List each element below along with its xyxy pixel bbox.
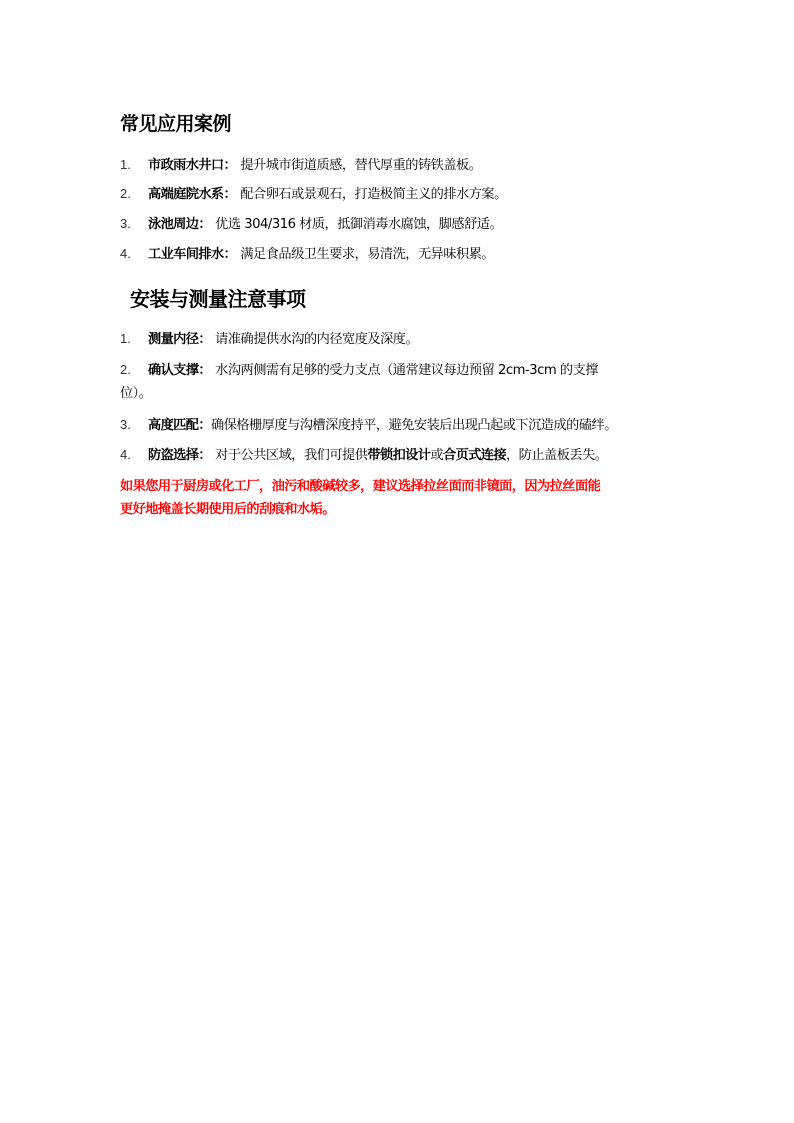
item-emphasis: 带锁扣设计 bbox=[367, 448, 430, 463]
warning-line: 如果您用于厨房或化工厂，油污和酸碱较多，建议选择拉丝面而非镜面，因为拉丝面能 bbox=[120, 475, 680, 498]
list-item: 4.工业车间排水： 满足食品级卫生要求，易清洗，无异味积累。 bbox=[120, 244, 494, 265]
list-item: 2.确认支撑： 水沟两侧需有足够的受力支点（通常建议每边预留 2cm-3cm 的… bbox=[120, 360, 598, 381]
item-label: 确认支撑： bbox=[148, 363, 211, 378]
item-text: 水沟两侧需有足够的受力支点（通常建议每边预留 2cm-3cm 的支撑 bbox=[215, 363, 598, 378]
item-label: 市政雨水井口： bbox=[148, 158, 236, 173]
item-text: 确保格栅厚度与沟槽深度持平，避免安装后出现凸起或下沉造成的磕绊。 bbox=[211, 418, 617, 433]
list-item: 4.防盗选择： 对于公共区域，我们可提供带锁扣设计或合页式连接，防止盖板丢失。 bbox=[120, 445, 607, 466]
list-number: 3. bbox=[120, 415, 148, 435]
item-text: 优选 304/316 材质，抵御消毒水腐蚀，脚感舒适。 bbox=[215, 217, 502, 232]
list-number: 4. bbox=[120, 445, 148, 465]
item-text: 或 bbox=[430, 448, 443, 463]
document-page: 常见应用案例 1.市政雨水井口： 提升城市街道质感，替代厚重的铸铁盖板。 2.高… bbox=[0, 0, 794, 1123]
list-number: 4. bbox=[120, 244, 148, 264]
section-heading-installation: 安装与测量注意事项 bbox=[130, 287, 306, 311]
item-label: 高端庭院水系： bbox=[148, 187, 236, 202]
item-emphasis: 合页式连接 bbox=[443, 448, 506, 463]
item-text: 配合卵石或景观石，打造极简主义的排水方案。 bbox=[240, 187, 506, 202]
item-text: 满足食品级卫生要求，易清洗，无异味积累。 bbox=[240, 247, 494, 262]
list-number: 1. bbox=[120, 155, 148, 175]
item-label: 工业车间排水： bbox=[148, 247, 236, 262]
item-text: 请准确提供水沟的内径宽度及深度。 bbox=[215, 332, 418, 347]
section-heading-applications: 常见应用案例 bbox=[120, 112, 231, 136]
warning-line: 更好地掩盖长期使用后的刮痕和水垢。 bbox=[120, 498, 680, 521]
list-number: 1. bbox=[120, 329, 148, 349]
item-label: 泳池周边： bbox=[148, 217, 211, 232]
list-number: 2. bbox=[120, 360, 148, 380]
item-text: 对于公共区域，我们可提供 bbox=[215, 448, 367, 463]
item-label: 高度匹配： bbox=[148, 418, 211, 433]
list-item: 3.高度匹配：确保格栅厚度与沟槽深度持平，避免安装后出现凸起或下沉造成的磕绊。 bbox=[120, 415, 617, 436]
item-text: ，防止盖板丢失。 bbox=[506, 448, 608, 463]
item-label: 测量内径： bbox=[148, 332, 211, 347]
item-label: 防盗选择： bbox=[148, 448, 211, 463]
list-number: 3. bbox=[120, 214, 148, 234]
item-text: 提升城市街道质感，替代厚重的铸铁盖板。 bbox=[240, 158, 481, 173]
list-item: 1.测量内径： 请准确提供水沟的内径宽度及深度。 bbox=[120, 329, 418, 350]
list-item: 3.泳池周边： 优选 304/316 材质，抵御消毒水腐蚀，脚感舒适。 bbox=[120, 214, 502, 235]
warning-note: 如果您用于厨房或化工厂，油污和酸碱较多，建议选择拉丝面而非镜面，因为拉丝面能 更… bbox=[120, 475, 680, 521]
item-text-continuation: 位）。 bbox=[120, 384, 151, 404]
list-item: 1.市政雨水井口： 提升城市街道质感，替代厚重的铸铁盖板。 bbox=[120, 155, 481, 176]
list-item: 2.高端庭院水系： 配合卵石或景观石，打造极简主义的排水方案。 bbox=[120, 184, 507, 205]
list-number: 2. bbox=[120, 184, 148, 204]
